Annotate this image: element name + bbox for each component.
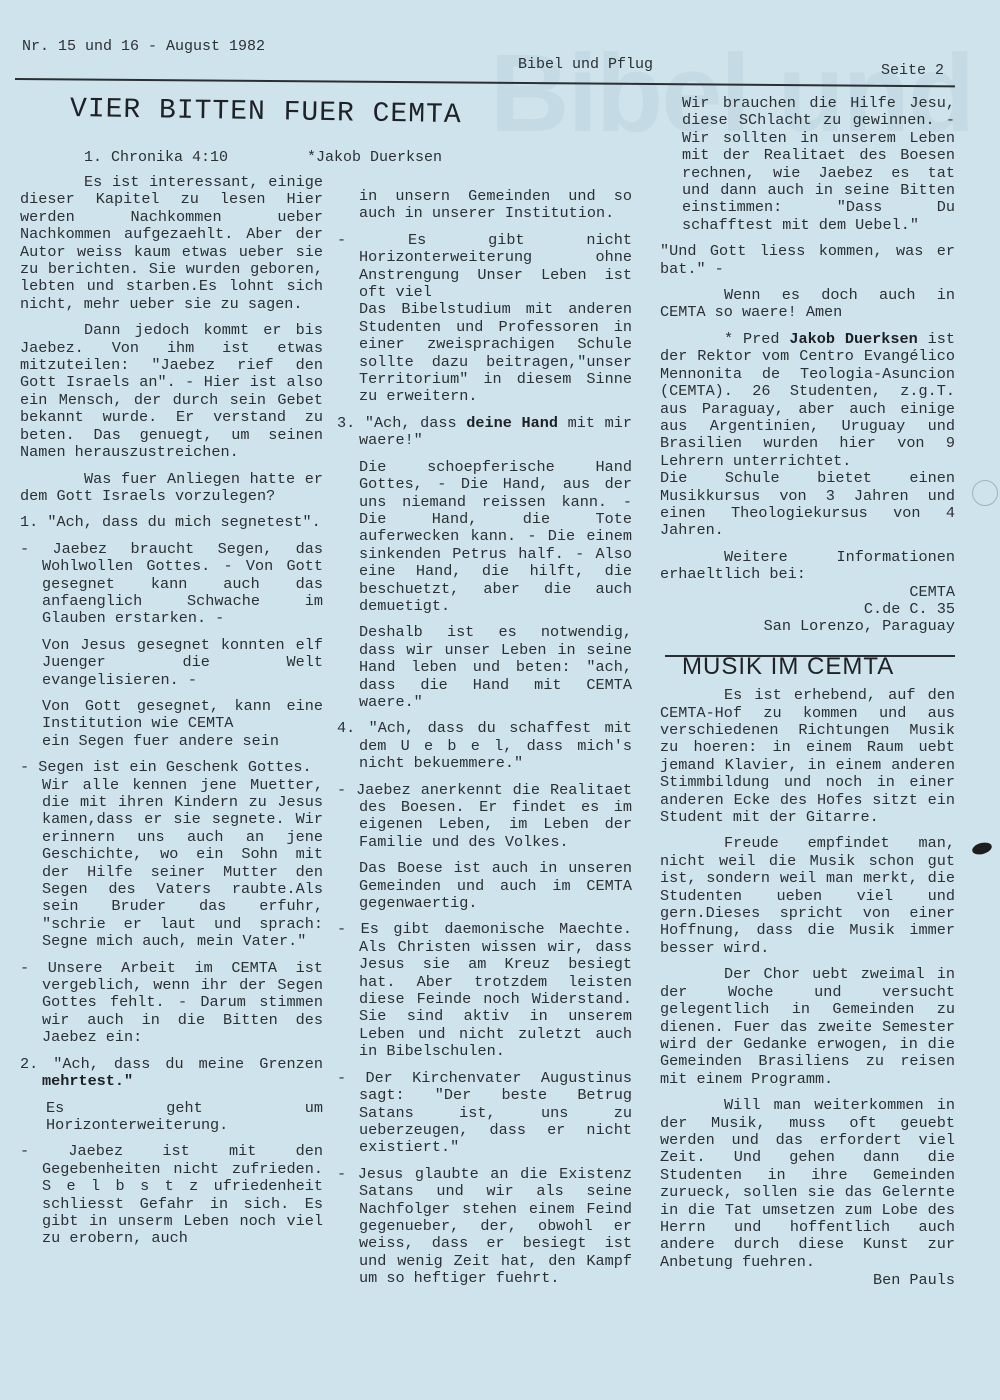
article-2-title: MUSIK IM CEMTA — [682, 658, 955, 675]
punch-hole — [972, 480, 998, 506]
list-item: - Es gibt nicht Horizonterweiterung ohne… — [337, 232, 632, 302]
paragraph: Es ist interessant, einige dieser Kapite… — [20, 174, 323, 313]
address-line-2: C.de C. 35 — [660, 601, 955, 618]
address-line-3: San Lorenzo, Paraguay — [660, 618, 955, 635]
header-rule — [15, 78, 955, 87]
paragraph: Das Bibelstudium mit anderen Studenten u… — [337, 301, 632, 405]
paragraph: Der Chor uebt zweimal in der Woche und v… — [660, 966, 955, 1088]
article-column-1: Es ist interessant, einige dieser Kapite… — [20, 174, 323, 1257]
article-title: VIER BITTEN FUER CEMTA — [70, 94, 462, 131]
article-column-2: in unsern Gemeinden und so auch in unser… — [337, 188, 632, 1297]
author-bio: * Pred Jakob Duerksen ist der Rektor vom… — [660, 331, 955, 636]
article-author: *Jakob Duerksen — [307, 149, 442, 166]
paragraph: ein Segen fuer andere sein — [20, 733, 323, 750]
issue-number: Nr. 15 und 16 - August 1982 — [22, 38, 265, 55]
petition-3-text: 3. "Ach, dass — [337, 414, 457, 432]
article-2-author: Ben Pauls — [660, 1272, 955, 1289]
paragraph: Wir brauchen die Hilfe Jesu, diese SChla… — [660, 95, 955, 234]
paragraph: Die schoepferische Hand Gottes, - Die Ha… — [337, 459, 632, 616]
section-divider — [665, 655, 955, 657]
petition-2-text: 2. "Ach, dass du meine Grenzen — [20, 1055, 323, 1073]
paragraph: Es ist erhebend, auf den CEMTA-Hof zu ko… — [660, 687, 955, 826]
petition-2-heading: 2. "Ach, dass du meine Grenzen mehrtest.… — [20, 1056, 323, 1091]
paragraph: Freude empfindet man, nicht weil die Mus… — [660, 835, 955, 957]
bio-text-2: Die Schule bietet einen Musikkursus von … — [660, 470, 955, 540]
list-item: - Es gibt daemonische Maechte. Als Chris… — [337, 921, 632, 1060]
petition-3-heading: 3. "Ach, dass deine Hand mit mir waere!" — [337, 415, 632, 450]
paragraph: Wir alle kennen jene Muetter, die mit ih… — [20, 777, 323, 951]
paragraph: Von Gott gesegnet, kann eine Institution… — [20, 698, 323, 733]
bio-prefix: * Pred — [724, 330, 779, 348]
bio-name: Jakob Duerksen — [789, 330, 917, 348]
punch-hole — [971, 841, 993, 857]
info-line: Weitere Informationen erhaeltlich bei: — [660, 549, 955, 584]
petition-3-keyword: deine Hand — [466, 414, 558, 432]
page-number: Seite 2 — [881, 62, 944, 79]
list-item: - Jesus glaubte an die Existenz Satans u… — [337, 1166, 632, 1288]
scripture-reference: 1. Chronika 4:10 — [84, 149, 228, 166]
article-column-3: Wir brauchen die Hilfe Jesu, diese SChla… — [660, 95, 955, 1290]
petition-2-keyword: mehrtest." — [42, 1072, 133, 1090]
paragraph: Es geht um Horizonterweiterung. — [20, 1100, 323, 1135]
list-item: - Der Kirchenvater Augustinus sagt: "Der… — [337, 1070, 632, 1157]
address-line-1: CEMTA — [660, 584, 955, 601]
list-item: - Segen ist ein Geschenk Gottes. — [20, 759, 323, 776]
list-item: - Jaebez anerkennt die Realitaet des Boe… — [337, 782, 632, 852]
paragraph: Dann jedoch kommt er bis Jaebez. Von ihm… — [20, 322, 323, 461]
list-item: - Jaebez braucht Segen, das Wohlwollen G… — [20, 541, 323, 628]
paragraph: Was fuer Anliegen hatte er dem Gott Isra… — [20, 471, 323, 506]
paragraph: Deshalb ist es notwendig, dass wir unser… — [337, 624, 632, 711]
bio-text: ist der Rektor vom Centro Evangélico Men… — [660, 330, 955, 470]
paragraph: in unsern Gemeinden und so auch in unser… — [337, 188, 632, 223]
petition-1-heading: 1. "Ach, dass du mich segnetest". — [20, 514, 323, 531]
paragraph: Will man weiterkommen in der Musik, muss… — [660, 1097, 955, 1271]
publication-name: Bibel und Pflug — [518, 56, 653, 73]
paragraph: Von Jesus gesegnet konnten elf Juenger d… — [20, 637, 323, 689]
closing-line: Wenn es doch auch in CEMTA so waere! Ame… — [660, 287, 955, 322]
paragraph: Das Boese ist auch in unseren Gemeinden … — [337, 860, 632, 912]
list-item: - Jaebez ist mit den Gegebenheiten nicht… — [20, 1143, 323, 1247]
quote: "Und Gott liess kommen, was er bat." - — [660, 243, 955, 278]
petition-4-heading: 4. "Ach, dass du schaffest mit dem U e b… — [337, 720, 632, 772]
list-item: - Unsere Arbeit im CEMTA ist vergeblich,… — [20, 960, 323, 1047]
